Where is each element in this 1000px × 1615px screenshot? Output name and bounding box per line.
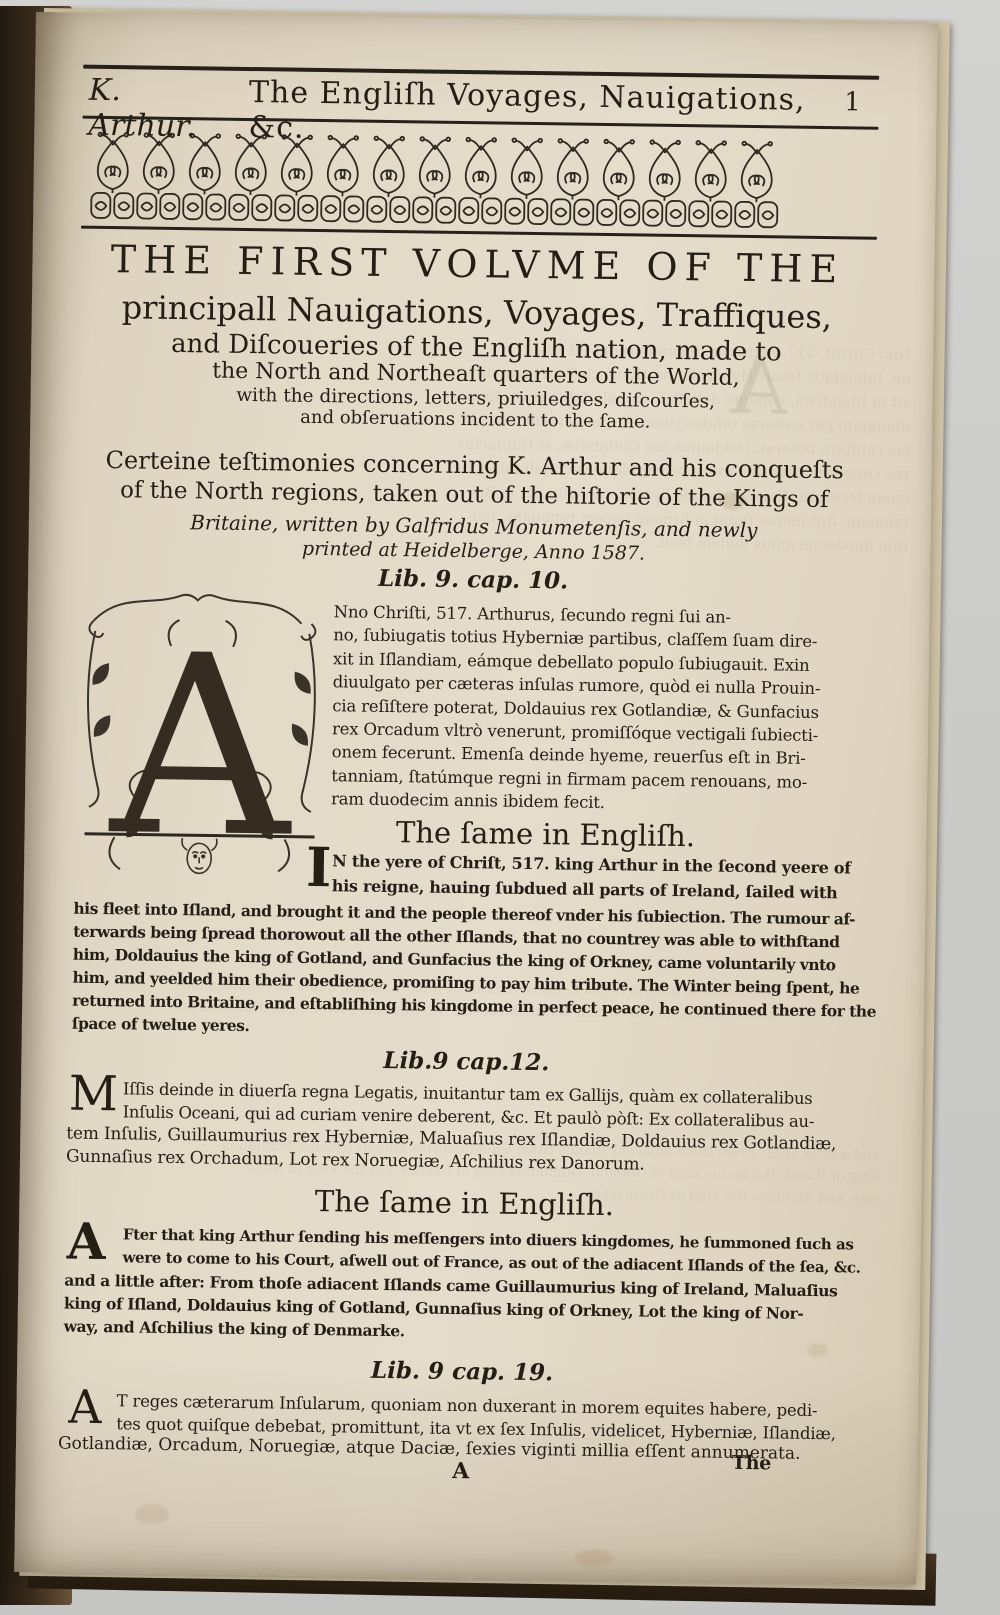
volume-title-line1: THE FIRST VOLVME OF THE bbox=[82, 237, 873, 292]
woodcut-initial-A: A bbox=[78, 585, 324, 890]
page-number: 1 bbox=[844, 87, 861, 117]
catchword: The bbox=[732, 1452, 771, 1475]
chapter2-english-dropcap: A bbox=[67, 1219, 106, 1266]
fox-spot bbox=[574, 1550, 614, 1567]
chapter1-english-first-lines: N the yere of Chriſt, 517. king Arthur i… bbox=[332, 849, 851, 905]
chapter2-english-rest-lines: and a little after: From thoſe adiacent … bbox=[63, 1269, 837, 1349]
photo-of-book-page: { "palette":{"paper":"#e3dac8","ink":"#2… bbox=[0, 0, 1000, 1615]
chapter1-english-rest-lines: his fleet into Iſland, and brought it an… bbox=[72, 897, 878, 1046]
fleuron-ornament-band-icon bbox=[89, 131, 780, 231]
chapter1-latin-paragraph: Nno Chriſti, 517. Arthurus, ſecundo regn… bbox=[331, 600, 822, 817]
chapter3-latin-dropcap: A bbox=[68, 1385, 102, 1429]
chapter3-caption: Lib. 9 cap. 19. bbox=[67, 1353, 857, 1391]
chapter2-latin-rest-lines: tem Inſulis, Guillaumurius rex Hyberniæ,… bbox=[66, 1123, 836, 1180]
chapter1-english-dropcap: I bbox=[306, 842, 332, 892]
svg-text:A: A bbox=[107, 602, 295, 890]
chapter1-english-heading: The ſame in Engliſh. bbox=[300, 814, 790, 855]
fox-spot bbox=[135, 1504, 169, 1524]
chapter2-latin-dropcap: M bbox=[69, 1071, 119, 1118]
book-page: Nno Chriſti, 517. Arthurus, ſecundo regn… bbox=[14, 12, 938, 1584]
chapter2-english-heading: The ſame in Engliſh. bbox=[69, 1181, 859, 1226]
chapter2-caption: Lib.9 cap.12. bbox=[71, 1043, 861, 1081]
